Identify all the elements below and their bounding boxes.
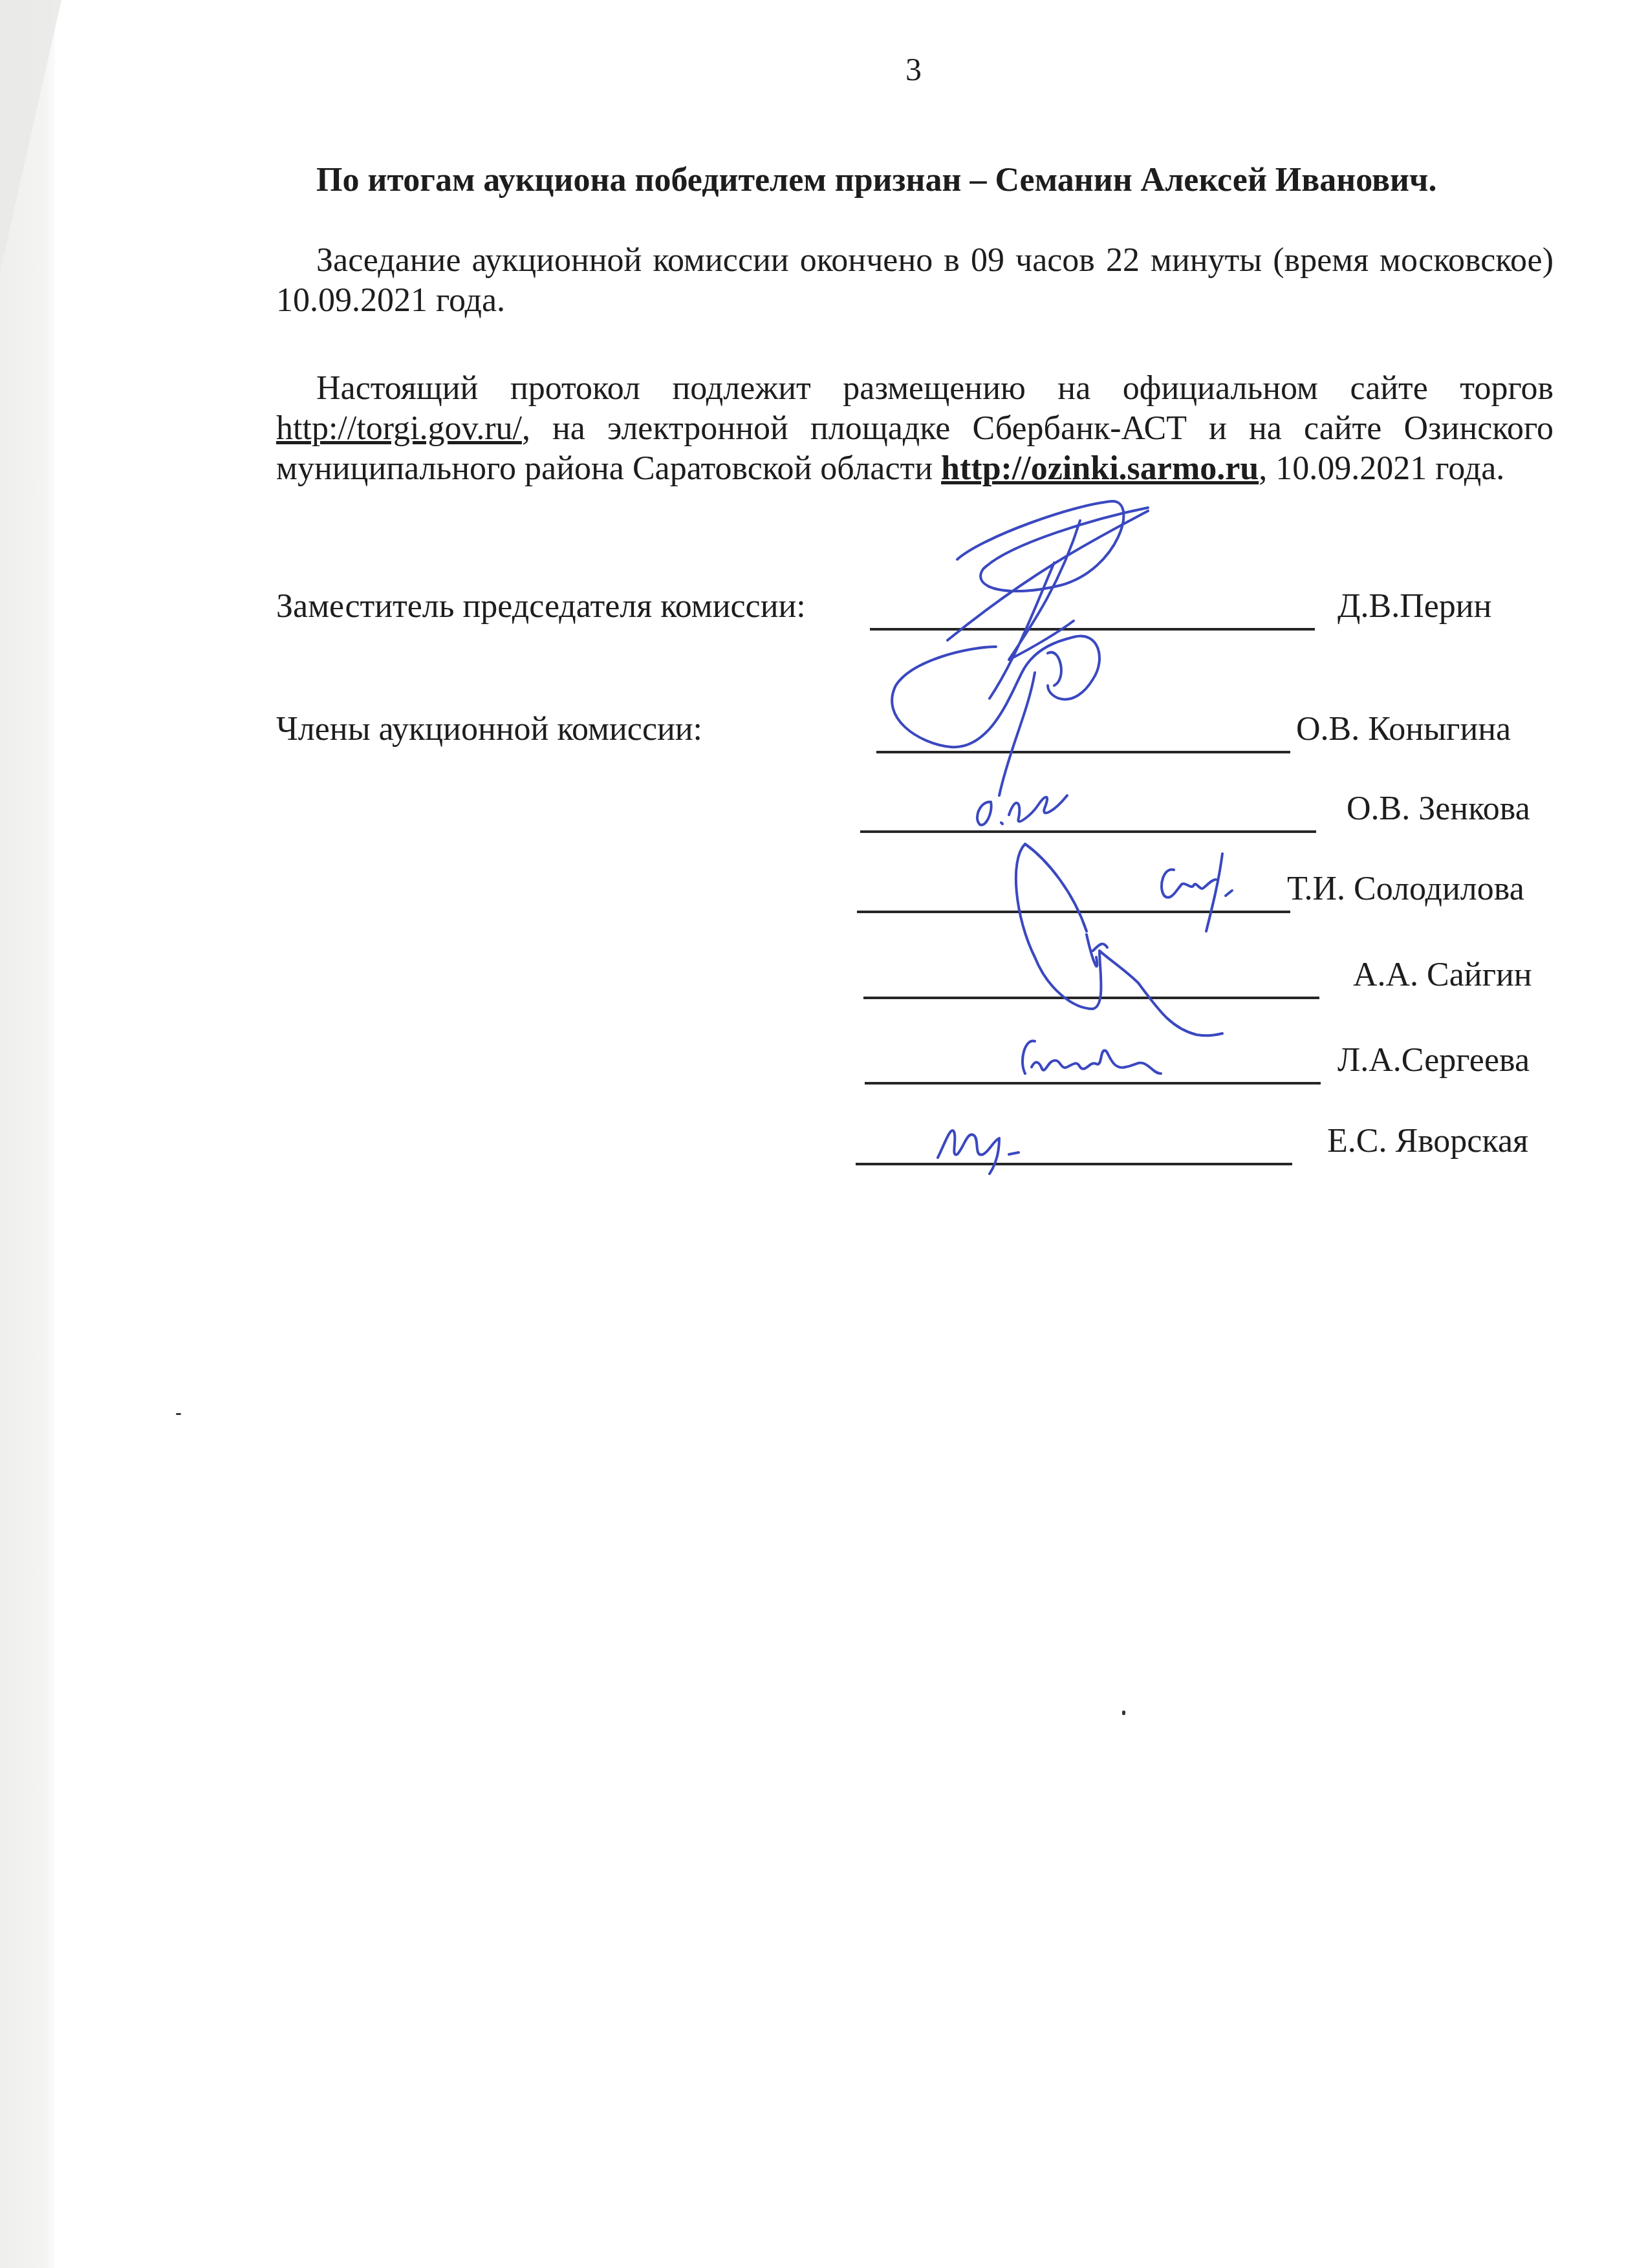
signature-line [856,1163,1292,1165]
signatory-name: Д.В.Перин [1337,587,1491,625]
signatory-name: О.В. Коныгина [1296,710,1511,748]
signature-row-member: Е.С. Яворская [0,1120,1635,1165]
deputy-chair-label: Заместитель председателя комиссии: [276,587,806,625]
members-label: Члены аукционной комиссии: [276,710,702,748]
publication-text-before: Настоящий протокол подлежит размещению н… [316,370,1554,407]
signature-row-member: Л.А.Сергеева [0,1039,1635,1085]
scan-speck [176,1413,181,1415]
signatory-name: Т.И. Солодилова [1287,870,1524,908]
signature-line [857,911,1290,913]
signature-line [860,830,1316,833]
signatory-name: А.А. Сайгин [1353,956,1532,994]
signature-row-member: О.В. Зенкова [0,788,1635,833]
signatory-name: Е.С. Яворская [1327,1122,1528,1160]
scan-page-fold [0,0,61,272]
signature-line [876,751,1290,753]
signature-row-deputy-chair: Заместитель председателя комиссии: Д.В.П… [0,585,1635,631]
publication-paragraph: Настоящий протокол подлежит размещению н… [276,369,1554,489]
signature-row-member: Т.И. Солодилова [0,868,1635,913]
publication-text-after: , 10.09.2021 года. [1259,450,1504,487]
signatory-name: Л.А.Сергеева [1337,1041,1530,1079]
signature-line [870,628,1315,631]
signature-line [863,997,1319,999]
signature-row-member: Члены аукционной комиссии: О.В. Коныгина [0,708,1635,753]
ozinki-link[interactable]: http://ozinki.sarmo.ru [941,450,1259,487]
signature-row-member: А.А. Сайгин [0,954,1635,999]
meeting-end-paragraph: Заседание аукционной комиссии окончено в… [276,241,1554,321]
signatory-name: О.В. Зенкова [1347,790,1530,828]
page-number: 3 [905,50,922,88]
scan-speck [1122,1711,1125,1715]
winner-paragraph: По итогам аукциона победителем признан –… [276,160,1554,200]
signature-line [865,1082,1321,1085]
torgi-link[interactable]: http://torgi.gov.ru/ [276,410,522,447]
